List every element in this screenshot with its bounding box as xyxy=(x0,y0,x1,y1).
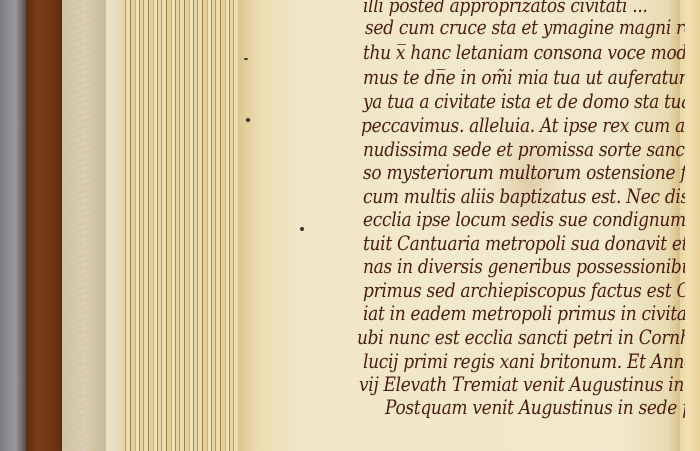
text-line: iat in eadem metropoli primus in civitat… xyxy=(363,303,685,326)
text-line: cum multis aliis baptizatus est. Nec dis… xyxy=(363,186,685,209)
text-line: nudissima sede et promissa sorte sanctis… xyxy=(363,139,685,162)
text-line: vij Elevath Tremiat venit Augustinus in … xyxy=(359,374,685,397)
text-line: sed cum cruce sta et ymagine magni regis… xyxy=(365,17,685,40)
text-line: primus sed archiepiscopus factus est Can… xyxy=(363,280,685,303)
text-line: Postquam venit Augustinus in sede predic… xyxy=(385,397,685,420)
text-line: so mysteriorum multorum ostensione funge… xyxy=(363,162,685,185)
binding-board xyxy=(26,0,65,451)
text-block: illi posted approprizatos civitati ... s… xyxy=(355,0,685,451)
text-line: illi posted approprizatos civitati ... xyxy=(363,0,648,18)
ink-spot xyxy=(244,58,248,60)
text-line: lucij primi regis xani britonum. Et Anno… xyxy=(363,351,685,374)
text-line: ubi nunc est ecclia sancti petri in Corn… xyxy=(357,327,685,350)
background xyxy=(0,0,26,451)
text-line: tuit Cantuaria metropoli sua donavit et … xyxy=(363,233,685,256)
page-edges-stack xyxy=(122,0,242,451)
text-line: nas in diversis generibus possessionibus… xyxy=(363,256,685,279)
ink-spot xyxy=(300,227,304,231)
text-line: ya tua a civitate ista et de domo sta tu… xyxy=(363,91,685,114)
text-line: mus te dn̅e in om̃i mia tua ut auferatur… xyxy=(363,67,685,90)
text-line: ecclia ipse locum sedis sue condignum in… xyxy=(363,209,685,232)
text-line: thu x̅ hanc letaniam consona voce modula… xyxy=(363,42,685,65)
ink-spot xyxy=(246,118,250,122)
marbled-endpaper xyxy=(62,0,106,451)
text-line: peccavimus. alleluia. At ipse rex cum al… xyxy=(361,115,685,138)
